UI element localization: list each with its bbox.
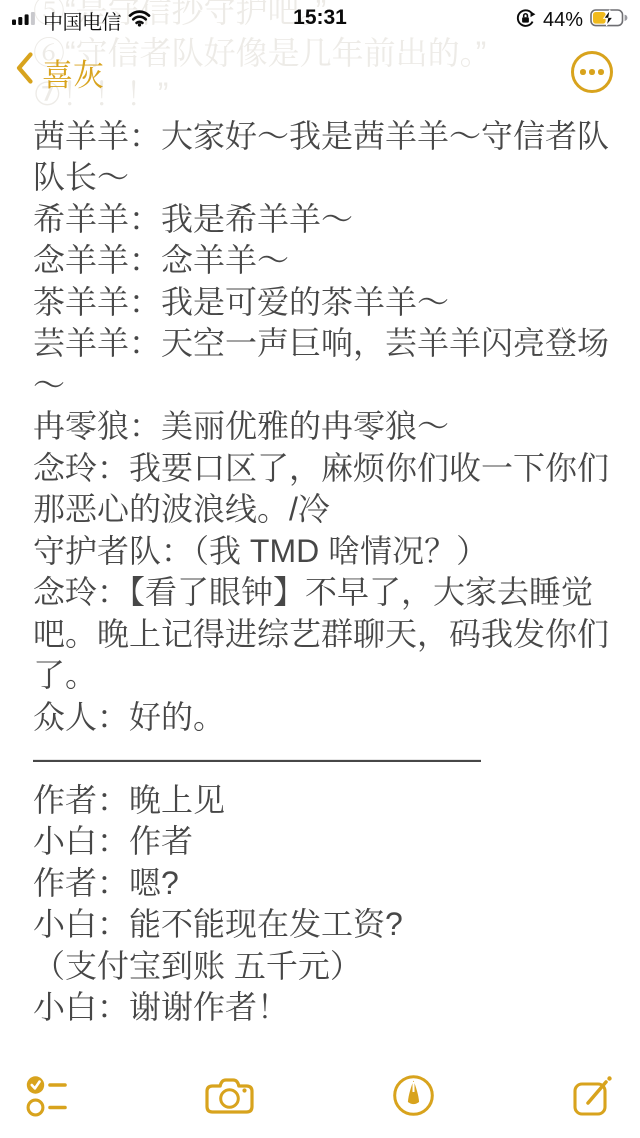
status-bar: 中国电信 15:31 44% (0, 0, 640, 37)
carrier-label: 中国电信 (43, 6, 121, 35)
note-line: 守护者队：（我 TMD 啥情况？） (33, 531, 640, 573)
note-line: 芸羊羊：天空一声巨响，芸羊羊闪亮登场 (33, 323, 640, 365)
wifi-icon (128, 10, 151, 32)
compose-icon (573, 1075, 614, 1119)
note-line: 小白：作者 (33, 821, 640, 863)
cellular-signal-icon (12, 12, 36, 30)
note-line: 队长～ (33, 157, 640, 199)
notes-app-screen: ⑤“是守信抄守护吧。”⑥“守信者队好像是几年前出的。”⑦！！！” 茜羊羊：大家好… (0, 0, 640, 1138)
note-line: 吧。晚上记得进综艺群聊天，码我发你们 (33, 614, 640, 656)
note-line: 作者：晚上见 (33, 780, 640, 822)
ellipsis-icon (589, 69, 595, 75)
note-line: 那恶心的波浪线。/冷 (33, 489, 640, 531)
camera-icon (205, 1076, 254, 1118)
note-line: 念玲：【看了眼钟】不早了，大家去睡觉 (33, 572, 640, 614)
back-button-label: 喜灰 (42, 50, 104, 95)
nav-bar: 喜灰 (0, 40, 640, 104)
note-line: 众人：好的。 (33, 697, 640, 739)
battery-charging-icon (590, 9, 628, 32)
markup-button[interactable] (392, 1074, 435, 1120)
note-line: 茶羊羊：我是可爱的茶羊羊～ (33, 282, 640, 324)
note-line: 小白：能不能现在发工资? (33, 904, 640, 946)
note-line: 念玲：我要口区了，麻烦你们收一下你们 (33, 448, 640, 490)
note-line: 希羊羊：我是希羊羊～ (33, 199, 640, 241)
note-line: 了。 (33, 655, 640, 697)
note-line: 冉零狼：美丽优雅的冉零狼～ (33, 406, 640, 448)
note-body-lines: 茜羊羊：大家好～我是茜羊羊～守信者队队长～希羊羊：我是希羊羊～念羊羊：念羊羊～茶… (33, 116, 640, 1029)
note-line: 作者：嗯? (33, 863, 640, 905)
chevron-left-icon (16, 52, 33, 92)
battery-percent: 44% (543, 9, 583, 32)
note-line: 茜羊羊：大家好～我是茜羊羊～守信者队 (33, 116, 640, 158)
bottom-toolbar (0, 1056, 640, 1138)
note-line: （支付宝到账 五千元） (33, 946, 640, 988)
more-button[interactable] (571, 51, 613, 93)
note-line: 小白：谢谢作者！ (33, 987, 640, 1029)
note-line: ～ (33, 365, 640, 407)
note-line: 念羊羊：念羊羊～ (33, 240, 640, 282)
back-button[interactable]: 喜灰 (16, 50, 104, 95)
ellipsis-icon (598, 69, 604, 75)
checklist-button[interactable] (26, 1074, 67, 1121)
note-content[interactable]: ⑤“是守信抄守护吧。”⑥“守信者队好像是几年前出的。”⑦！！！” 茜羊羊：大家好… (33, 0, 640, 1029)
markup-pen-icon (392, 1074, 435, 1120)
compose-button[interactable] (573, 1075, 614, 1119)
rotation-lock-icon (515, 8, 536, 34)
camera-button[interactable] (205, 1076, 254, 1118)
ellipsis-icon (580, 69, 586, 75)
note-line: —————————————— (33, 738, 640, 780)
checklist-icon (26, 1074, 67, 1121)
